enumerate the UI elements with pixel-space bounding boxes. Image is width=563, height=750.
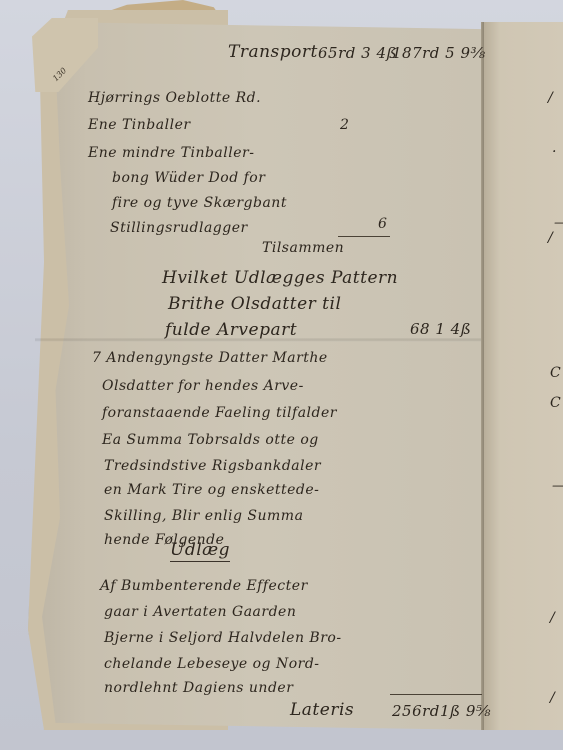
ledger-line: gaar i Avertaten Gaarden [104,604,296,620]
lateris-label: Lateris [290,700,354,720]
transport-amount-1: 65rd 3 4ß [318,44,397,62]
lateris-amount-1: 256rd [392,702,440,720]
ledger-amount: 6 [378,216,387,232]
ledger-line: Tilsammen [262,240,344,256]
section-heading: Udlæg [170,540,230,562]
ledger-line: Olsdatter for hendes Arve- [102,378,304,394]
ledger-line: en Mark Tire og enskettede- [104,482,319,498]
ledger-line: Tredsindstive Rigsbankdaler [104,458,321,474]
transport-label: Transport [228,42,318,62]
ledger-line: nordlehnt Dagiens under [104,680,293,696]
ledger-line: 7 Andengyngste Datter Marthe [92,350,328,366]
ledger-line: Ea Summa Tobrsalds otte og [102,432,319,448]
ledger-line: Hvilket Udlægges Pattern [162,268,398,288]
ledger-amount: 2 [340,117,349,133]
transport-amount-2: 187rd 5 9⅜ [392,44,486,62]
subtotal-rule [338,236,390,237]
ledger-line: fulde Arvepart [165,320,297,340]
total-rule [390,694,482,695]
ledger-amount: 68 1 4ß [410,320,471,338]
ledger-line: chelande Lebeseye og Nord- [104,656,320,672]
ledger-line: fire og tyve Skærgbant [112,195,287,211]
ledger-line: Brithe Olsdatter til [168,294,341,314]
ledger-line: Stillingsrudlagger [110,220,248,236]
ledger-line: Ene Tinballer [88,117,191,133]
lateris-amount-2: 1ß 9⅝ [440,702,491,720]
ledger-line: Ene mindre Tinballer- [88,145,254,161]
ledger-line: bong Wüder Dod for [112,170,265,186]
ledger-line: Bjerne i Seljord Halvdelen Bro- [104,630,342,646]
ledger-line: Skilling, Blir enlig Summa [104,508,303,524]
ledger-line: Hjørrings Oeblotte Rd. [88,90,261,106]
ledger-line: Af Bumbenterende Effecter [100,578,308,594]
ledger-line: foranstaaende Faeling tilfalder [102,405,337,421]
